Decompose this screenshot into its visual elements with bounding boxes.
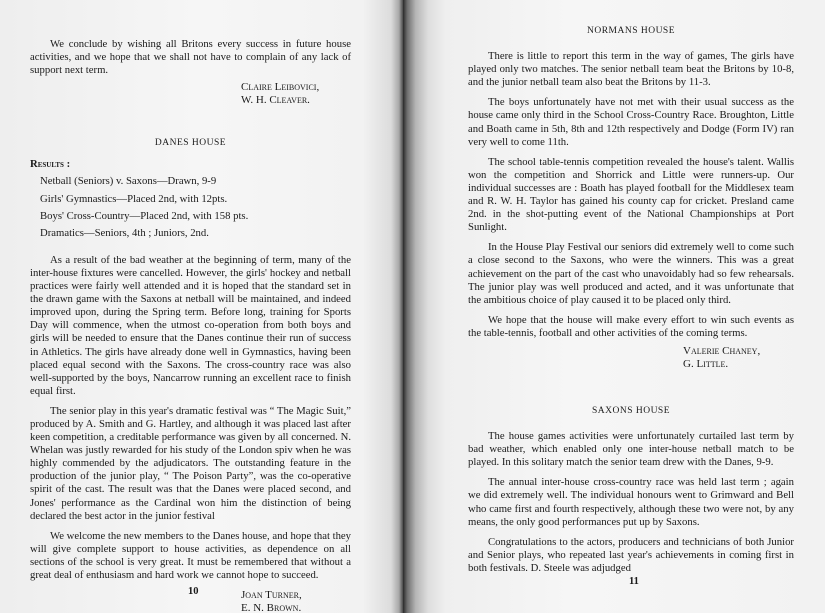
danes-signatures: Joan Turner, E. N. Brown. xyxy=(241,589,351,613)
saxons-paragraph: The annual inter-house cross-country rac… xyxy=(468,476,794,528)
page-number: 10 xyxy=(188,586,199,597)
right-column: NORMANS HOUSE There is little to report … xyxy=(468,25,794,582)
results-label: Results : xyxy=(30,158,351,171)
britons-signatures: Claire Leibovici, W. H. Cleaver. xyxy=(241,81,351,107)
normans-paragraph: We hope that the house will make every e… xyxy=(468,314,794,340)
saxons-heading: SAXONS HOUSE xyxy=(468,405,794,418)
normans-signatures: Valerie Chaney, G. Little. xyxy=(683,345,794,371)
danes-heading: DANES HOUSE xyxy=(30,137,351,150)
normans-paragraph: In the House Play Festival our seniors d… xyxy=(468,241,794,306)
signature: E. N. Brown. xyxy=(241,602,351,613)
danes-paragraph: As a result of the bad weather at the be… xyxy=(30,254,351,398)
danes-paragraph: We welcome the new members to the Danes … xyxy=(30,530,351,582)
signature: Claire Leibovici, xyxy=(241,81,351,94)
danes-paragraph: The senior play in this year's dramatic … xyxy=(30,405,351,523)
result-line: Girls' Gymnastics—Placed 2nd, with 12pts… xyxy=(40,193,351,206)
britons-closing-paragraph: We conclude by wishing all Britons every… xyxy=(30,38,351,77)
saxons-paragraph: The house games activities were unfortun… xyxy=(468,430,794,469)
right-page: NORMANS HOUSE There is little to report … xyxy=(403,0,825,613)
signature: W. H. Cleaver. xyxy=(241,94,351,107)
signature: Joan Turner, xyxy=(241,589,351,602)
saxons-paragraph: Congratulations to the actors, producers… xyxy=(468,536,794,575)
normans-paragraph: The boys unfortunately have not met with… xyxy=(468,96,794,148)
left-column: We conclude by wishing all Britons every… xyxy=(30,38,351,613)
result-line: Dramatics—Seniors, 4th ; Juniors, 2nd. xyxy=(40,227,351,240)
normans-heading: NORMANS HOUSE xyxy=(468,25,794,38)
result-line: Netball (Seniors) v. Saxons—Drawn, 9-9 xyxy=(40,175,351,188)
signature: G. Little. xyxy=(683,358,794,371)
normans-paragraph: The school table-tennis competition reve… xyxy=(468,156,794,235)
result-line: Boys' Cross-Country—Placed 2nd, with 158… xyxy=(40,210,351,223)
left-page: We conclude by wishing all Britons every… xyxy=(0,0,403,613)
normans-paragraph: There is little to report this term in t… xyxy=(468,50,794,89)
page-number: 11 xyxy=(629,576,639,587)
signature: Valerie Chaney, xyxy=(683,345,794,358)
